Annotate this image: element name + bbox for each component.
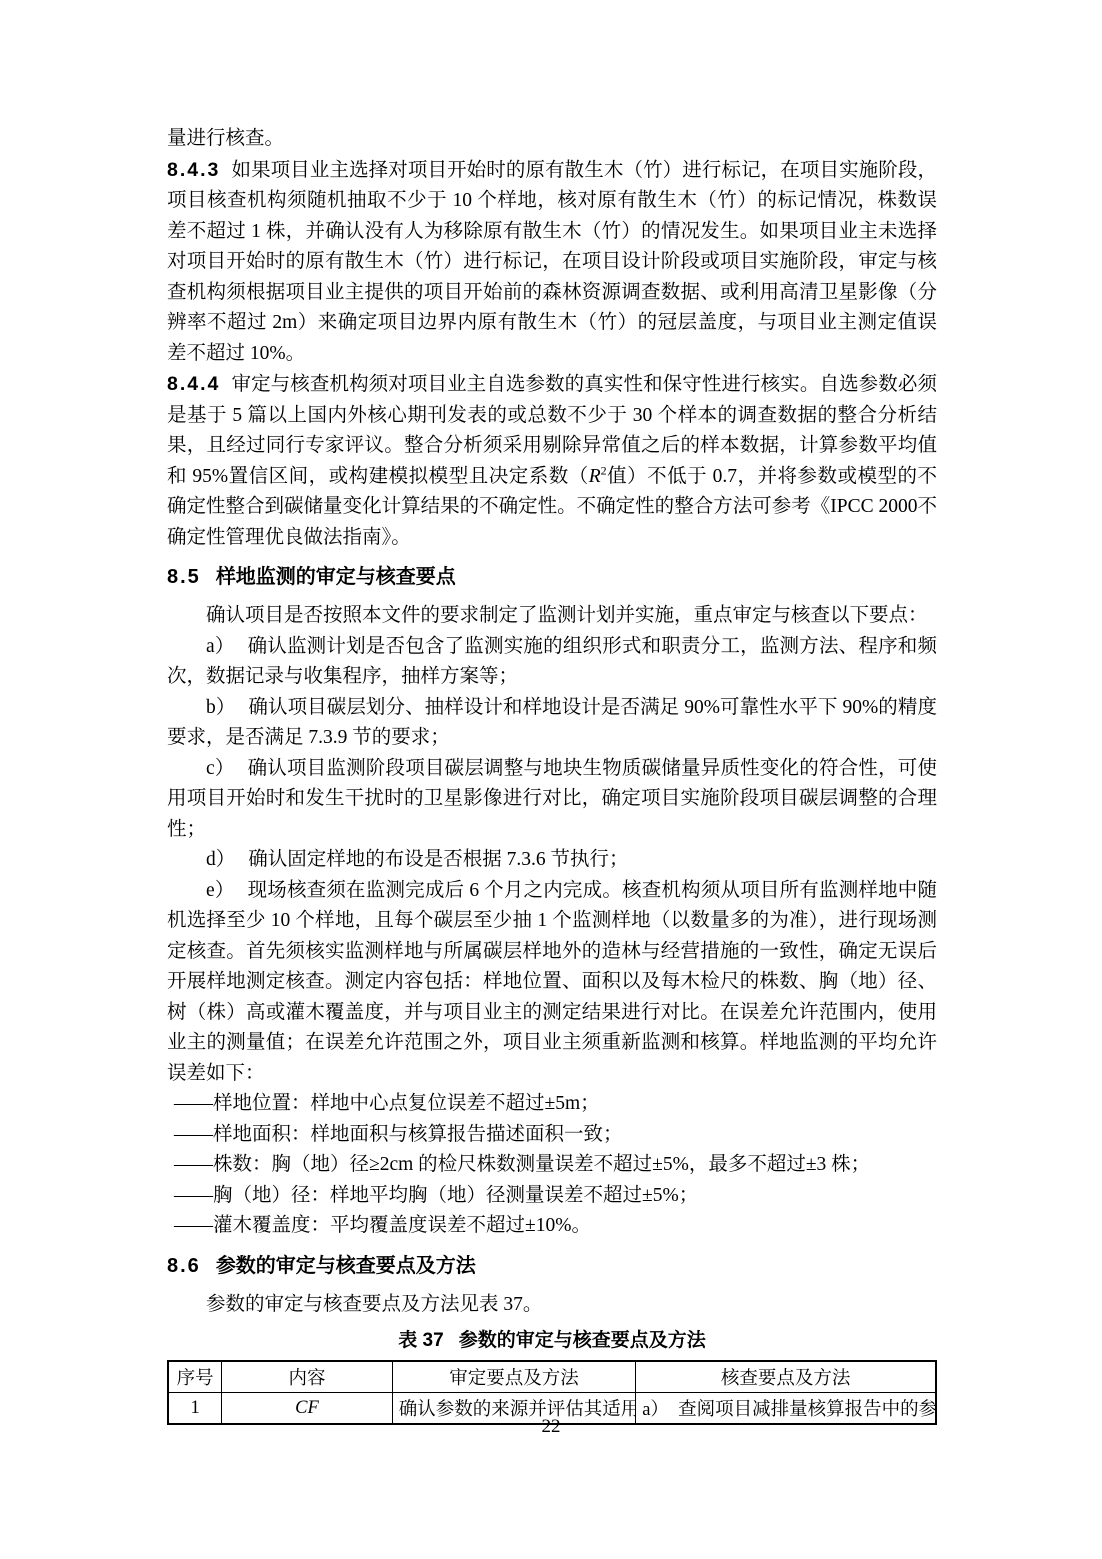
r-squared-symbol: R xyxy=(589,466,601,487)
clause-text: 如果项目业主选择对项目开始时的原有散生木（竹）进行标记，在项目实施阶段，项目核查… xyxy=(167,160,937,364)
list-item-label: d） xyxy=(206,849,235,870)
dash-item-shrub-cover: ——灌木覆盖度：平均覆盖度误差不超过±10%。 xyxy=(167,1211,937,1242)
dash-item-dbh: ——胸（地）径：样地平均胸（地）径测量误差不超过±5%； xyxy=(167,1181,937,1212)
page-content: 量进行核查。 8.4.3如果项目业主选择对项目开始时的原有散生木（竹）进行标记，… xyxy=(167,124,937,1425)
list-item-a: a）确认监测计划是否包含了监测实施的组织形式和职责分工，监测方法、程序和频次，数… xyxy=(167,632,937,693)
document-page: 量进行核查。 8.4.3如果项目业主选择对项目开始时的原有散生木（竹）进行标记，… xyxy=(0,0,1102,1559)
section-heading-8-6: 8.6参数的审定与核查要点及方法 xyxy=(167,1252,937,1280)
table-header-row: 序号 内容 审定要点及方法 核查要点及方法 xyxy=(168,1361,936,1393)
list-item-c: c）确认项目监测阶段项目碳层调整与地块生物质碳储量异质性变化的符合性，可使用项目… xyxy=(167,754,937,846)
list-item-d: d）确认固定样地的布设是否根据 7.3.6 节执行； xyxy=(167,845,937,876)
page-number: 22 xyxy=(0,1416,1102,1438)
list-item-text: 确认项目监测阶段项目碳层调整与地块生物质碳储量异质性变化的符合性，可使用项目开始… xyxy=(167,758,937,840)
section-number: 8.6 xyxy=(167,1255,201,1277)
clause-number: 8.4.3 xyxy=(167,159,220,181)
list-item-text: 确认监测计划是否包含了监测实施的组织形式和职责分工，监测方法、程序和频次，数据记… xyxy=(167,636,937,688)
list-item-label: c） xyxy=(206,758,235,779)
clause-8-4-3: 8.4.3如果项目业主选择对项目开始时的原有散生木（竹）进行标记，在项目实施阶段… xyxy=(167,155,937,370)
table-37-caption: 表 37参数的审定与核查要点及方法 xyxy=(167,1328,937,1354)
clause-number: 8.4.4 xyxy=(167,373,220,395)
dash-item-plot-area: ——样地面积：样地面积与核算报告描述面积一致； xyxy=(167,1120,937,1151)
table-header-content: 内容 xyxy=(222,1361,392,1393)
section-title: 样地监测的审定与核查要点 xyxy=(216,566,456,588)
list-item-e: e）现场核查须在监测完成后 6 个月之内完成。核查机构须从项目所有监测样地中随机… xyxy=(167,876,937,1090)
table-caption-title: 参数的审定与核查要点及方法 xyxy=(459,1330,706,1351)
list-item-label: b） xyxy=(206,697,235,718)
table-header-verification: 核查要点及方法 xyxy=(636,1361,936,1393)
dash-item-plot-position: ——样地位置：样地中心点复位误差不超过±5m； xyxy=(167,1089,937,1120)
table-header-validation: 审定要点及方法 xyxy=(392,1361,635,1393)
section-8-5-intro: 确认项目是否按照本文件的要求制定了监测计划并实施，重点审定与核查以下要点： xyxy=(167,601,937,632)
list-item-label: a） xyxy=(206,636,235,657)
clause-8-4-4: 8.4.4审定与核查机构须对项目业主自选参数的真实性和保守性进行核实。自选参数必… xyxy=(167,369,937,553)
section-title: 参数的审定与核查要点及方法 xyxy=(216,1255,476,1277)
table-header-index: 序号 xyxy=(168,1361,222,1393)
list-item-text: 现场核查须在监测完成后 6 个月之内完成。核查机构须从项目所有监测样地中随机选择… xyxy=(167,880,937,1084)
list-item-label: e） xyxy=(206,880,235,901)
list-item-text: 确认项目碳层划分、抽样设计和样地设计是否满足 90%可靠性水平下 90%的精度要… xyxy=(167,697,937,749)
section-number: 8.5 xyxy=(167,566,201,588)
dash-item-tree-count: ——株数：胸（地）径≥2cm 的检尺株数测量误差不超过±5%，最多不超过±3 株… xyxy=(167,1150,937,1181)
table-caption-label: 表 37 xyxy=(398,1330,443,1351)
section-8-6-paragraph: 参数的审定与核查要点及方法见表 37。 xyxy=(167,1290,937,1321)
section-heading-8-5: 8.5样地监测的审定与核查要点 xyxy=(167,563,937,591)
paragraph-continuation: 量进行核查。 xyxy=(167,124,937,155)
list-item-b: b）确认项目碳层划分、抽样设计和样地设计是否满足 90%可靠性水平下 90%的精… xyxy=(167,693,937,754)
list-item-text: 确认固定样地的布设是否根据 7.3.6 节执行； xyxy=(248,849,628,870)
